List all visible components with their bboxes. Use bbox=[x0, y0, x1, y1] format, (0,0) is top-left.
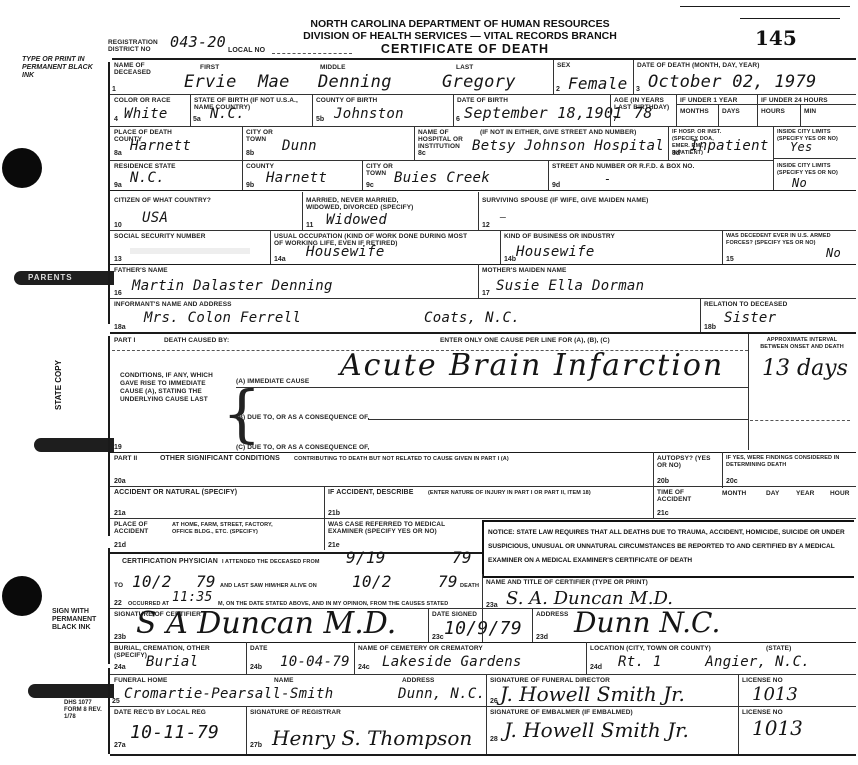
parents-tab: PARENTS bbox=[14, 271, 114, 285]
attended-from-value: 9/19 bbox=[346, 548, 386, 567]
disposition-method: Burial bbox=[146, 654, 198, 670]
informant-label: INFORMANT'S NAME AND ADDRESS bbox=[114, 301, 232, 308]
certificate-number: 145 bbox=[755, 26, 797, 50]
to-label: TO bbox=[114, 582, 123, 589]
contributing-label: CONTRIBUTING TO DEATH BUT NOT RELATED TO… bbox=[294, 456, 509, 463]
place-of-accident-note: AT HOME, FARM, STREET, FACTORY, OFFICE B… bbox=[172, 522, 292, 536]
county-of-birth-value: Johnston bbox=[334, 106, 404, 122]
father-label: FATHER'S NAME bbox=[114, 267, 168, 274]
part1-label: PART I bbox=[114, 337, 135, 344]
findings-label: IF YES, WERE FINDINGS CONSIDERED IN DETE… bbox=[726, 455, 851, 469]
registrar-label: SIGNATURE OF REGISTRAR bbox=[250, 709, 341, 716]
name-label: NAME OF DECEASED bbox=[114, 62, 164, 76]
enter-only-note: ENTER ONLY ONE CAUSE PER LINE FOR (a), (… bbox=[440, 337, 610, 344]
form-left-border bbox=[108, 62, 110, 324]
informant-address: Coats, N.C. bbox=[424, 310, 520, 326]
citizen-value: USA bbox=[142, 210, 168, 226]
referred-to-me-label: WAS CASE REFERRED TO MEDICAL EXAMINER (S… bbox=[328, 521, 468, 535]
divider-tab bbox=[34, 438, 114, 452]
date-of-birth-label: DATE OF BIRTH bbox=[457, 97, 508, 104]
funeral-home-address: Dunn, N.C. bbox=[398, 686, 485, 702]
certification-label: CERTIFICATION PHYSICIAN bbox=[122, 558, 218, 565]
months-label: MONTHS bbox=[680, 108, 709, 115]
residence-inside-city-label: INSIDE CITY LIMITS (SPECIFY YES OR NO) bbox=[777, 163, 852, 177]
spouse-value: — bbox=[500, 212, 506, 223]
date-of-birth-value: September 18,1901 bbox=[464, 104, 623, 122]
under-1-year-label: IF UNDER 1 YEAR bbox=[680, 97, 737, 104]
attended-to-year: 79 bbox=[196, 572, 216, 591]
cemetery-value: Lakeside Gardens bbox=[382, 654, 522, 670]
last-saw-label: AND LAST SAW HIM/HER ALIVE ON bbox=[220, 583, 317, 590]
funeral-home-address-label: ADDRESS bbox=[402, 677, 434, 684]
autopsy-label: AUTOPSY? (YES OR NO) bbox=[657, 455, 717, 469]
punch-hole bbox=[2, 148, 42, 188]
cause-a-value: Acute Brain Infarction bbox=[340, 348, 724, 383]
interval-label: APPROXIMATE INTERVAL BETWEEN ONSET AND D… bbox=[752, 337, 852, 351]
hospital-note: (IF NOT IN EITHER, GIVE STREET AND NUMBE… bbox=[480, 129, 636, 136]
last-saw-value: 10/2 bbox=[352, 572, 392, 591]
mother-maiden-name: Susie Ella Dorman bbox=[496, 278, 644, 294]
hospital-status-value: Inpatient bbox=[690, 138, 769, 154]
embalmer-signature: J. Howell Smith Jr. bbox=[504, 718, 689, 742]
funeral-home-name: Cromartie-Pearsall-Smith bbox=[124, 686, 334, 702]
death-caused-by-label: DEATH CAUSED BY: bbox=[164, 337, 229, 344]
form-left-border bbox=[108, 668, 110, 754]
residence-county-value: Harnett bbox=[266, 170, 327, 186]
certifier-name-label: NAME AND TITLE OF CERTIFIER (Type or Pri… bbox=[486, 579, 648, 586]
conditions-label: CONDITIONS, IF ANY, WHICH GAVE RISE TO I… bbox=[120, 372, 220, 404]
state-copy-label: STATE COPY bbox=[54, 360, 63, 410]
cause-b-label: (b) DUE TO, OR AS A CONSEQUENCE OF, bbox=[236, 414, 369, 421]
cemetery-label: NAME OF CEMETERY OR CREMATORY bbox=[358, 645, 483, 652]
time-of-accident-label: TIME OF ACCIDENT bbox=[657, 489, 707, 503]
form-id: DHS 1077 FORM 8 REV. 1/78 bbox=[64, 700, 104, 721]
disposition-date: 10-04-79 bbox=[280, 654, 350, 670]
certificate-title: CERTIFICATE OF DEATH bbox=[330, 42, 600, 56]
sex-label: SEX bbox=[557, 62, 570, 69]
relation-label: RELATION TO DECEASED bbox=[704, 301, 787, 308]
funeral-home-label: FUNERAL HOME bbox=[114, 677, 167, 684]
form-left-border bbox=[108, 548, 110, 664]
residence-inside-city-value: No bbox=[792, 176, 807, 190]
mother-label: MOTHER'S MAIDEN NAME bbox=[482, 267, 566, 274]
deceased-maiden-name: Denning bbox=[318, 72, 392, 92]
registration-district-label: REGISTRATION DISTRICT NO bbox=[108, 39, 178, 53]
funeral-director-signature: J. Howell Smith Jr. bbox=[500, 682, 685, 706]
residence-city-value: Buies Creek bbox=[394, 170, 490, 186]
date-of-death-label: DATE OF DEATH (MONTH, DAY, YEAR) bbox=[637, 62, 852, 69]
director-license-label: LICENSE NO bbox=[742, 677, 783, 684]
industry-label: KIND OF BUSINESS OR INDUSTRY bbox=[504, 233, 615, 240]
date-signed-label: DATE SIGNED bbox=[432, 611, 477, 618]
hospital-value: Betsy Johnson Hospital bbox=[472, 138, 664, 154]
state-of-birth-value: N.C. bbox=[210, 106, 245, 122]
director-license-value: 1013 bbox=[752, 684, 798, 705]
embalmer-label: SIGNATURE OF EMBALMER (IF EMBALMED) bbox=[490, 709, 633, 716]
embalmer-license-value: 1013 bbox=[752, 716, 803, 740]
part2-label: PART II bbox=[114, 455, 137, 462]
under-24-hours-label: IF UNDER 24 HOURS bbox=[761, 97, 828, 104]
deceased-last-name: Gregory bbox=[442, 72, 516, 92]
location-label: LOCATION (CITY, TOWN OR COUNTY) bbox=[590, 645, 711, 652]
local-no-field bbox=[272, 53, 352, 54]
relation-value: Sister bbox=[724, 310, 776, 326]
last-saw-year: 79 bbox=[438, 572, 458, 591]
form-left-border bbox=[108, 336, 110, 536]
death-label: DEATH bbox=[460, 583, 479, 590]
first-label: FIRST bbox=[200, 64, 219, 71]
sign-with-note: SIGN WITH PERMANENT BLACK INK bbox=[52, 608, 102, 632]
type-or-print-note: TYPE OR PRINT IN PERMANENT BLACK INK bbox=[22, 56, 102, 80]
date-received-value: 10-11-79 bbox=[130, 722, 219, 743]
registration-district-no: 043-20 bbox=[170, 33, 226, 51]
occupation-value: Housewife bbox=[306, 244, 385, 260]
hours-label: HOURS bbox=[761, 108, 785, 115]
location-value: Rt. 1 Angier, N.C. bbox=[618, 654, 810, 670]
hour-label: HOUR bbox=[830, 490, 850, 497]
header-line1: NORTH CAROLINA DEPARTMENT OF HUMAN RESOU… bbox=[290, 18, 630, 30]
informant-name: Mrs. Colon Ferrell bbox=[144, 310, 301, 326]
occurred-at-value: 11:35 bbox=[172, 590, 213, 605]
deceased-middle-name: Mae bbox=[258, 72, 290, 92]
industry-value: Housewife bbox=[516, 244, 595, 260]
place-of-death-city: Dunn bbox=[282, 138, 317, 154]
spouse-label: SURVIVING SPOUSE (IF WIFE, GIVE MAIDEN N… bbox=[482, 197, 648, 204]
place-of-accident-label: PLACE OF ACCIDENT bbox=[114, 521, 164, 535]
place-of-death-city-label: CITY OR TOWN bbox=[246, 129, 276, 143]
year-label: YEAR bbox=[796, 490, 814, 497]
month-label: MONTH bbox=[722, 490, 746, 497]
accident-natural-label: ACCIDENT OR NATURAL (SPECIFY) bbox=[114, 489, 237, 496]
punch-hole bbox=[2, 576, 42, 616]
armed-forces-label: WAS DECEDENT EVER IN U.S. ARMED FORCES? … bbox=[726, 233, 836, 247]
residence-street-value: - bbox=[604, 172, 612, 186]
residence-state-label: RESIDENCE STATE bbox=[114, 163, 176, 170]
marital-status-value: Widowed bbox=[326, 212, 387, 228]
min-label: MIN bbox=[804, 108, 816, 115]
residence-city-label: CITY OR TOWN bbox=[366, 163, 396, 177]
race-label: COLOR OR RACE bbox=[114, 97, 171, 104]
accident-describe-note: (ENTER NATURE OF INJURY IN PART I OR PAR… bbox=[428, 490, 591, 497]
header-line2: DIVISION OF HEALTH SERVICES — VITAL RECO… bbox=[270, 30, 650, 42]
disposition-date-label: DATE bbox=[250, 645, 268, 652]
cause-c-label: (c) DUE TO, OR AS A CONSEQUENCE OF, bbox=[236, 444, 369, 451]
registrar-signature: Henry S. Thompson bbox=[272, 726, 472, 750]
other-conditions-label: OTHER SIGNIFICANT CONDITIONS bbox=[160, 455, 280, 462]
death-inside-city-label: INSIDE CITY LIMITS (SPECIFY YES OR NO) bbox=[777, 129, 852, 143]
date-received-label: DATE REC'D BY LOCAL REG bbox=[114, 709, 206, 716]
certifier-address-label: ADDRESS bbox=[536, 611, 568, 618]
citizen-label: CITIZEN OF WHAT COUNTRY? bbox=[114, 197, 211, 204]
race-value: White bbox=[124, 106, 168, 122]
divider-tab bbox=[28, 684, 114, 698]
certifier-signature: S A Duncan M.D. bbox=[136, 606, 396, 641]
place-of-death-county: Harnett bbox=[130, 138, 191, 154]
marital-status-label: MARRIED, NEVER MARRIED, WIDOWED, DIVORCE… bbox=[306, 197, 416, 211]
residence-street-label: STREET AND NUMBER OR R.F.D. & BOX NO. bbox=[552, 163, 695, 170]
certifier-address: Dunn N.C. bbox=[574, 606, 720, 639]
ssn-label: SOCIAL SECURITY NUMBER bbox=[114, 233, 206, 240]
attended-from-label: I ATTENDED THE DECEASED FROM bbox=[222, 559, 320, 566]
county-of-birth-label: COUNTY OF BIRTH bbox=[316, 97, 377, 104]
embalmer-license-label: LICENSE NO bbox=[742, 709, 783, 716]
ssn-value-redacted bbox=[130, 248, 250, 254]
attended-from-year: 79 bbox=[452, 548, 472, 567]
header-rule bbox=[740, 18, 840, 19]
residence-state-value: N.C. bbox=[130, 170, 165, 186]
funeral-home-name-label: NAME bbox=[274, 677, 294, 684]
location-state-label: (STATE) bbox=[766, 645, 791, 652]
hospital-label: NAME OF HOSPITAL OR INSTITUTION bbox=[418, 129, 476, 150]
last-label: LAST bbox=[456, 64, 473, 71]
sex-value: Female bbox=[568, 74, 628, 93]
attended-to-value: 10/2 bbox=[132, 572, 172, 591]
date-of-death-value: October 02, 1979 bbox=[648, 72, 817, 92]
age-value: 78 bbox=[634, 104, 653, 122]
armed-forces-value: No bbox=[826, 246, 841, 260]
accident-describe-label: IF ACCIDENT, DESCRIBE bbox=[328, 489, 413, 496]
deceased-first-name: Ervie bbox=[184, 72, 237, 92]
medical-examiner-notice: NOTICE: STATE LAW REQUIRES THAT ALL DEAT… bbox=[488, 526, 854, 568]
day-label: DAY bbox=[766, 490, 779, 497]
form-top-border bbox=[112, 58, 856, 60]
form-bottom-border bbox=[110, 754, 856, 756]
residence-county-label: COUNTY bbox=[246, 163, 274, 170]
death-inside-city-value: Yes bbox=[790, 140, 813, 154]
cause-a-interval: 13 days bbox=[762, 356, 848, 381]
father-name: Martin Dalaster Denning bbox=[132, 278, 333, 294]
local-no-label: LOCAL NO bbox=[228, 47, 265, 54]
header-rule bbox=[680, 6, 850, 7]
middle-label: MIDDLE bbox=[320, 64, 346, 71]
days-label: DAYS bbox=[722, 108, 740, 115]
